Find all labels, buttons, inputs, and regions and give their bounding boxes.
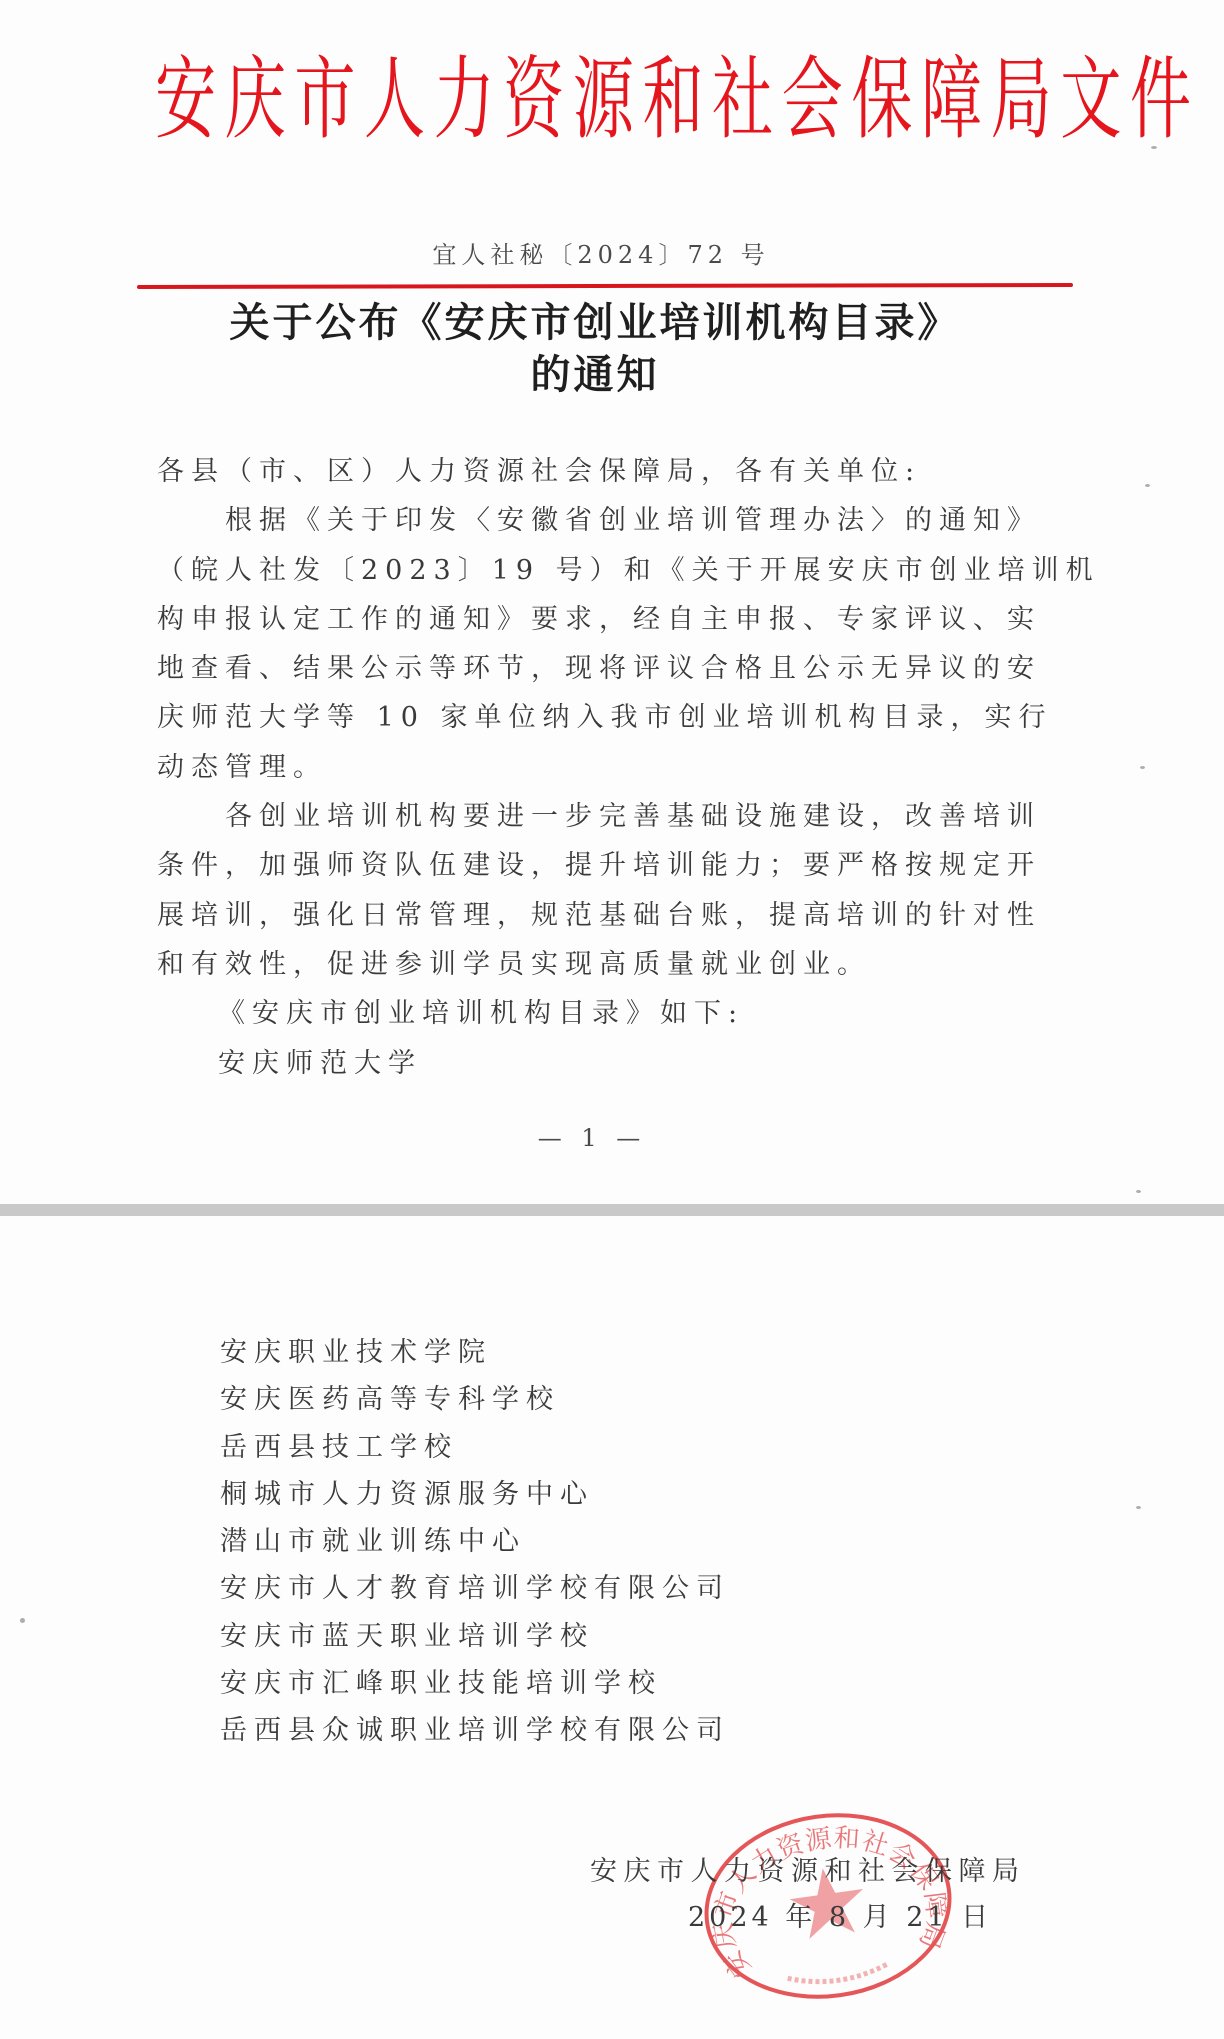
paragraph-line: 和有效性，促进参训学员实现高质量就业创业。 <box>157 940 1100 989</box>
institution-item: 岳西县技工学校 <box>220 1424 730 1471</box>
scan-speck <box>1136 1190 1141 1193</box>
scan-speck <box>1151 146 1157 149</box>
institution-list: 安庆职业技术学院 安庆医药高等专科学校 岳西县技工学校 桐城市人力资源服务中心 … <box>220 1329 730 1755</box>
paragraph-line: 动态管理。 <box>157 743 1100 792</box>
page-separator <box>0 1204 1224 1216</box>
subject-title-line-2: 的通知 <box>0 352 1190 398</box>
paragraph-1: 根据《关于印发〈安徽省创业培训管理办法〉的通知》 （皖人社发〔2023〕19 号… <box>157 496 1100 792</box>
institution-item: 岳西县众诚职业培训学校有限公司 <box>220 1707 730 1754</box>
institution-item: 安庆师范大学 <box>157 1039 1100 1088</box>
page-number: — 1 — <box>0 1124 1184 1152</box>
salutation: 各县（市、区）人力资源社会保障局，各有关单位: <box>157 447 1100 496</box>
paragraph-line: 庆师范大学等 10 家单位纳入我市创业培训机构目录，实行 <box>157 693 1100 742</box>
institution-item: 潜山市就业训练中心 <box>220 1518 730 1565</box>
paragraph-line: （皖人社发〔2023〕19 号）和《关于开展安庆市创业培训机 <box>157 546 1100 595</box>
paragraph-line: 各创业培训机构要进一步完善基础设施建设，改善培训 <box>157 792 1100 841</box>
scan-speck <box>20 1618 25 1623</box>
institution-item: 安庆市人才教育培训学校有限公司 <box>220 1565 730 1612</box>
scan-speck <box>1140 766 1145 769</box>
paragraph-line: 条件，加强师资队伍建设，提升培训能力；要严格按规定开 <box>157 841 1100 890</box>
signing-organization: 安庆市人力资源和社会保障局 <box>590 1855 1026 1889</box>
paragraph-2: 各创业培训机构要进一步完善基础设施建设，改善培训 条件，加强师资队伍建设，提升培… <box>157 792 1100 989</box>
institution-item: 安庆市蓝天职业培训学校 <box>220 1613 730 1660</box>
document-body: 各县（市、区）人力资源社会保障局，各有关单位: 根据《关于印发〈安徽省创业培训管… <box>157 447 1100 1088</box>
institution-item: 安庆职业技术学院 <box>220 1329 730 1376</box>
institution-item: 安庆市汇峰职业技能培训学校 <box>220 1660 730 1707</box>
red-divider-rule <box>137 283 1073 289</box>
signing-date: 2024 年 8 月 21 日 <box>688 1901 992 1935</box>
paragraph-line: 根据《关于印发〈安徽省创业培训管理办法〉的通知》 <box>157 496 1100 545</box>
page-1: 安庆市人力资源和社会保障局文件 宜人社秘〔2024〕72 号 关于公布《安庆市创… <box>0 0 1224 1204</box>
institution-item: 安庆医药高等专科学校 <box>220 1376 730 1423</box>
paragraph-line: 构申报认定工作的通知》要求，经自主申报、专家评议、实 <box>157 595 1100 644</box>
list-intro: 《安庆市创业培训机构目录》如下: <box>157 989 1100 1038</box>
scan-speck <box>1145 484 1150 487</box>
scan-speck <box>1136 1506 1141 1509</box>
subject-title-line-1: 关于公布《安庆市创业培训机构目录》 <box>0 300 1190 346</box>
paragraph-line: 地查看、结果公示等环节，现将评议合格且公示无异议的安 <box>157 644 1100 693</box>
issuer-header: 安庆市人力资源和社会保障局文件 <box>155 48 1199 152</box>
document-number: 宜人社秘〔2024〕72 号 <box>0 240 1202 270</box>
paragraph-line: 展培训，强化日常管理，规范基础台账，提高培训的针对性 <box>157 891 1100 940</box>
institution-item: 桐城市人力资源服务中心 <box>220 1471 730 1518</box>
